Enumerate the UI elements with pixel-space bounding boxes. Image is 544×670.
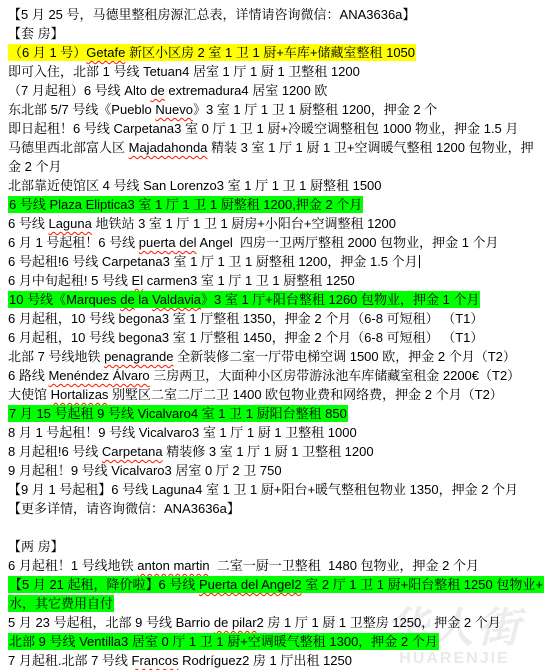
text-segment: 即可入住，北部 1 号线 Tetuan4 居室 1 厅 1 厨 1 卫整租 12… <box>8 64 360 79</box>
text-line: 金 2 个月 <box>8 157 544 176</box>
text-segment: 7 月起租.北部 7 号线 <box>8 653 132 668</box>
text-line: 【9 月 1 号起租】6 号线 Laguna4 室 1 卫 1 厨+阳台+暖气整… <box>8 480 544 499</box>
text-segment: 即日起租！6 号线 Carpetana3 室 0 厅 1 卫 1 厨+冷暖空调整… <box>8 121 518 136</box>
text-line: （6 月 1 号）Getafe 新区小区房 2 室 1 卫 1 厨+车库+储藏室… <box>8 43 544 62</box>
text-segment: 6 月起租，10 号线 begona3 室 1 厅整租 1350，押金 2 个月… <box>8 311 483 326</box>
text-line: 6 月起租，10 号线 begona3 室 1 厅整租 1450，押金 2 个月… <box>8 328 544 347</box>
misspelled-word: de <box>150 83 164 98</box>
text-segment: 6 号线 Plaza Eliptica3 室 1 厅 1 卫 1 厨整租 120… <box>9 197 362 212</box>
text-segment: 【5 月 25 号，马德里整租房源汇总表，详情请咨询微信：ANA3636a】 <box>8 7 415 22</box>
text-segment: 6 月起租！1 号线地铁 <box>8 558 137 573</box>
text-line: 【套 房】 <box>8 24 544 43</box>
highlight-green: 【5 月 21 起租，降价啦】6 号线 Puerta del Angel2 室 … <box>8 576 544 593</box>
text-line: 6 月起租！1 号线地铁 anton martin 二室一厨一卫整租 1480 … <box>8 556 544 575</box>
text-line <box>8 518 544 537</box>
misspelled-word: Puerta del Angel2 <box>199 577 302 592</box>
text-line: 8 月起租!6 号线 Carpetana 精装修 3 室 1 厅 1 厨 1 卫… <box>8 442 544 461</box>
text-segment: Rodríguez2 房 1 厅出租 1250 <box>179 653 352 668</box>
misspelled-word: Menéndez Álvaro <box>48 368 149 383</box>
text-line: 【更多详情，请咨询微信：ANA3636a】 <box>8 499 544 518</box>
text-segment: 新区小区房 2 室 1 卫 1 厨+车库+储藏室整租 1050 <box>125 45 415 60</box>
highlight-green: 10 号线《Marques de la Valdavia》3 室 1 厅+阳台整… <box>8 291 480 308</box>
text-line: 6 号线 Laguna 地铁站 3 室 1 厅 1 卫 1 厨房+小阳台+空调整… <box>8 214 544 233</box>
text-segment: 【两 房】 <box>8 539 64 554</box>
misspelled-word: puerta del <box>139 235 197 250</box>
text-segment: 10 号线《Marques <box>9 292 120 307</box>
document-page: 华人街 HUARENJIE 【5 月 25 号，马德里整租房源汇总表，详情请咨询… <box>0 0 544 670</box>
text-line: 9 月起租！9 号线 Vicalvaro3 居室 0 厅 2 卫 750 <box>8 461 544 480</box>
misspelled-word: Carpetana <box>102 444 163 459</box>
text-segment: 6 号起租!6 号线 Carpetana3 室 1 厅 1 卫 1 厨整租 12… <box>8 254 418 269</box>
misspelled-word: penagrande <box>104 349 173 364</box>
text-segment: 6 月中旬起租! 5 号线 <box>8 273 132 288</box>
highlight-green: 北部 9 号线 Ventilla3 居室 0 厅 1 卫 1 厨+空调暖气整租 … <box>8 633 439 650</box>
text-line: 水，其它费用自付 <box>8 594 544 613</box>
text-segment: 【5 月 21 起租，降价啦】6 号线 <box>9 577 199 592</box>
text-line: 6 号起租!6 号线 Carpetana3 室 1 厅 1 卫 1 厨整租 12… <box>8 252 544 271</box>
text-segment: 全新装修二室一厅带电梯空调 1500 欧，押金 2 个月（T2） <box>173 349 515 364</box>
text-line: 6 路线 Menéndez Álvaro 三房两卫，大面种小区房带游泳池车库储藏… <box>8 366 544 385</box>
text-segment: 7 月 15 号起租 9 号线 Vicalvaro4 室 1 卫 1 厨阳台整租… <box>9 406 347 421</box>
text-segment: 精装修 3 室 1 厅 1 厨 1 卫整租 1200 <box>163 444 374 459</box>
text-line: 6 号线 Plaza Eliptica3 室 1 厅 1 卫 1 厨整租 120… <box>8 195 544 214</box>
highlight-green: 6 号线 Plaza Eliptica3 室 1 厅 1 卫 1 厨整租 120… <box>8 196 363 213</box>
text-line: 北部靠近使馆区 4 号线 San Lorenzo3 室 1 厅 1 卫 1 厨整… <box>8 176 544 195</box>
text-segment: 北部 7 号线地铁 <box>8 349 104 364</box>
text-segment: 地铁站 3 室 1 厅 1 卫 1 厨房+小阳台+空调整租 1200 <box>92 216 396 231</box>
misspelled-word: Valdavia <box>152 292 201 307</box>
text-segment: 8 月起租!6 号线 <box>8 444 102 459</box>
text-line: 7 月 15 号起租 9 号线 Vicalvaro4 室 1 卫 1 厨阳台整租… <box>8 404 544 423</box>
text-segment: 》3 室 1 厅+阳台整租 1260 包物业，押金 1 个月 <box>201 292 480 307</box>
misspelled-word: anton martin <box>137 558 209 573</box>
text-segment: 室 2 厅 1 卫 1 厨+阳台整租 1250 包物业+ <box>302 577 543 592</box>
text-segment: 别墅区二室二厅二卫 1400 欧包物业费和网络费，押金 2 个月（T2） <box>108 387 502 402</box>
text-segment: 东北部 5/7 号线《Pueblo <box>8 102 155 117</box>
text-line: 北部 9 号线 Ventilla3 居室 0 厅 1 卫 1 厨+空调暖气整租 … <box>8 632 544 651</box>
text-segment: extremadura4 居室 1200 欧 <box>165 83 328 98</box>
misspelled-word: de <box>120 292 134 307</box>
misspelled-word: Hortalizas <box>51 387 109 402</box>
text-segment: 精装 3 室 1 厅 1 厨 1 卫+空调暖气整租 1200 包物业，押 <box>207 140 533 155</box>
text-segment: la <box>135 292 152 307</box>
text-cursor <box>419 255 420 268</box>
text-segment: 北部 9 号线 Ventilla3 居室 0 厅 1 卫 1 厨+空调暖气整租 … <box>9 634 438 649</box>
text-segment: （7 月起租）6 号线 Alto <box>8 83 150 98</box>
text-segment: 北部靠近使馆区 4 号线 San Lorenzo3 室 1 厅 1 卫 1 厨整… <box>8 178 382 193</box>
text-line: 【两 房】 <box>8 537 544 556</box>
text-line: 即日起租！6 号线 Carpetana3 室 0 厅 1 卫 1 厨+冷暖空调整… <box>8 119 544 138</box>
text-segment: 8 月 1 号起租！9 号线 Vicalvaro3 室 1 厅 1 厨 1 卫整… <box>8 425 357 440</box>
misspelled-word: Laguna <box>48 216 91 231</box>
highlight-green: 水，其它费用自付 <box>8 595 114 612</box>
text-segment: 9 月起租！9 号线 Vicalvaro3 居室 0 厅 2 卫 750 <box>8 463 282 478</box>
text-line: 10 号线《Marques de la Valdavia》3 室 1 厅+阳台整… <box>8 290 544 309</box>
misspelled-word: El <box>132 273 144 288</box>
text-segment: carmen3 室 1 厅 1 卫 1 厨整租 1250 <box>143 273 355 288</box>
misspelled-word: Getafe <box>86 45 125 60</box>
misspelled-word: Majadahonda <box>129 140 208 155</box>
text-line: 北部 7 号线地铁 penagrande 全新装修二室一厅带电梯空调 1500 … <box>8 347 544 366</box>
misspelled-word: Francos <box>132 653 179 668</box>
highlight-green: 7 月 15 号起租 9 号线 Vicalvaro4 室 1 卫 1 厨阳台整租… <box>8 405 348 422</box>
text-line: 东北部 5/7 号线《Pueblo Nuevo》3 室 1 厅 1 卫 1 厨整… <box>8 100 544 119</box>
text-segment: 》3 室 1 厅 1 卫 1 厨整租 1200，押金 2 个 <box>193 102 437 117</box>
text-line: 马德里西北部富人区 Majadahonda 精装 3 室 1 厅 1 厨 1 卫… <box>8 138 544 157</box>
text-line: 即可入住，北部 1 号线 Tetuan4 居室 1 厅 1 厨 1 卫整租 12… <box>8 62 544 81</box>
text-line: 6 月中旬起租! 5 号线 El carmen3 室 1 厅 1 卫 1 厨整租… <box>8 271 544 290</box>
text-line: 大使馆 Hortalizas 别墅区二室二厅二卫 1400 欧包物业费和网络费，… <box>8 385 544 404</box>
text-segment: 大使馆 <box>8 387 51 402</box>
text-segment: 【更多详情，请咨询微信：ANA3636a】 <box>8 501 240 516</box>
misspelled-word: Nuevo <box>155 102 193 117</box>
text-segment: 6 号线 <box>8 216 48 231</box>
text-segment: 2 房 1 厅 1 厨 1 卫整房 1250，押金 2 个月 <box>257 615 501 630</box>
text-segment: 6 路线 <box>8 368 48 383</box>
text-line: 6 月起租，10 号线 begona3 室 1 厅整租 1350，押金 2 个月… <box>8 309 544 328</box>
text-line: 5 月 23 号起租，北部 9 号线 Barrio de pilar2 房 1 … <box>8 613 544 632</box>
text-line: 【5 月 25 号，马德里整租房源汇总表，详情请咨询微信：ANA3636a】 <box>8 5 544 24</box>
text-line: 8 月 1 号起租！9 号线 Vicalvaro3 室 1 厅 1 厨 1 卫整… <box>8 423 544 442</box>
text-line: 7 月起租.北部 7 号线 Francos Rodríguez2 房 1 厅出租… <box>8 651 544 670</box>
text-segment: 【套 房】 <box>8 26 64 41</box>
text-segment: 三房两卫，大面种小区房带游泳池车库储藏室租金 2200€（T2） <box>150 368 521 383</box>
text-segment: Angel 四房一卫两厅整租 2000 包物业，押金 1 个月 <box>197 235 499 250</box>
text-line: 6 月 1 号起租！6 号线 puerta del Angel 四房一卫两厅整租… <box>8 233 544 252</box>
text-segment: （6 月 1 号） <box>9 45 86 60</box>
text-line: （7 月起租）6 号线 Alto de extremadura4 居室 1200… <box>8 81 544 100</box>
text-segment: 【9 月 1 号起租】6 号线 Laguna4 室 1 卫 1 厨+阳台+暖气整… <box>8 482 518 497</box>
text-segment: 水，其它费用自付 <box>9 596 113 611</box>
text-segment: 5 月 23 号起租，北部 9 号线 Barrio <box>8 615 214 630</box>
text-segment: 金 2 个月 <box>8 159 61 174</box>
text-segment: 二室一厨一卫整租 1480 包物业，押金 2 个月 <box>210 558 479 573</box>
document-body: 【5 月 25 号，马德里整租房源汇总表，详情请咨询微信：ANA3636a】【套… <box>8 5 544 670</box>
text-line: 【5 月 21 起租，降价啦】6 号线 Puerta del Angel2 室 … <box>8 575 544 594</box>
text-segment: 6 月起租，10 号线 begona3 室 1 厅整租 1450，押金 2 个月… <box>8 330 483 345</box>
text-segment: 马德里西北部富人区 <box>8 140 129 155</box>
misspelled-word: de pilar <box>214 615 257 630</box>
highlight-yellow: （6 月 1 号）Getafe 新区小区房 2 室 1 卫 1 厨+车库+储藏室… <box>8 44 416 61</box>
text-segment: 6 月 1 号起租！6 号线 <box>8 235 139 250</box>
